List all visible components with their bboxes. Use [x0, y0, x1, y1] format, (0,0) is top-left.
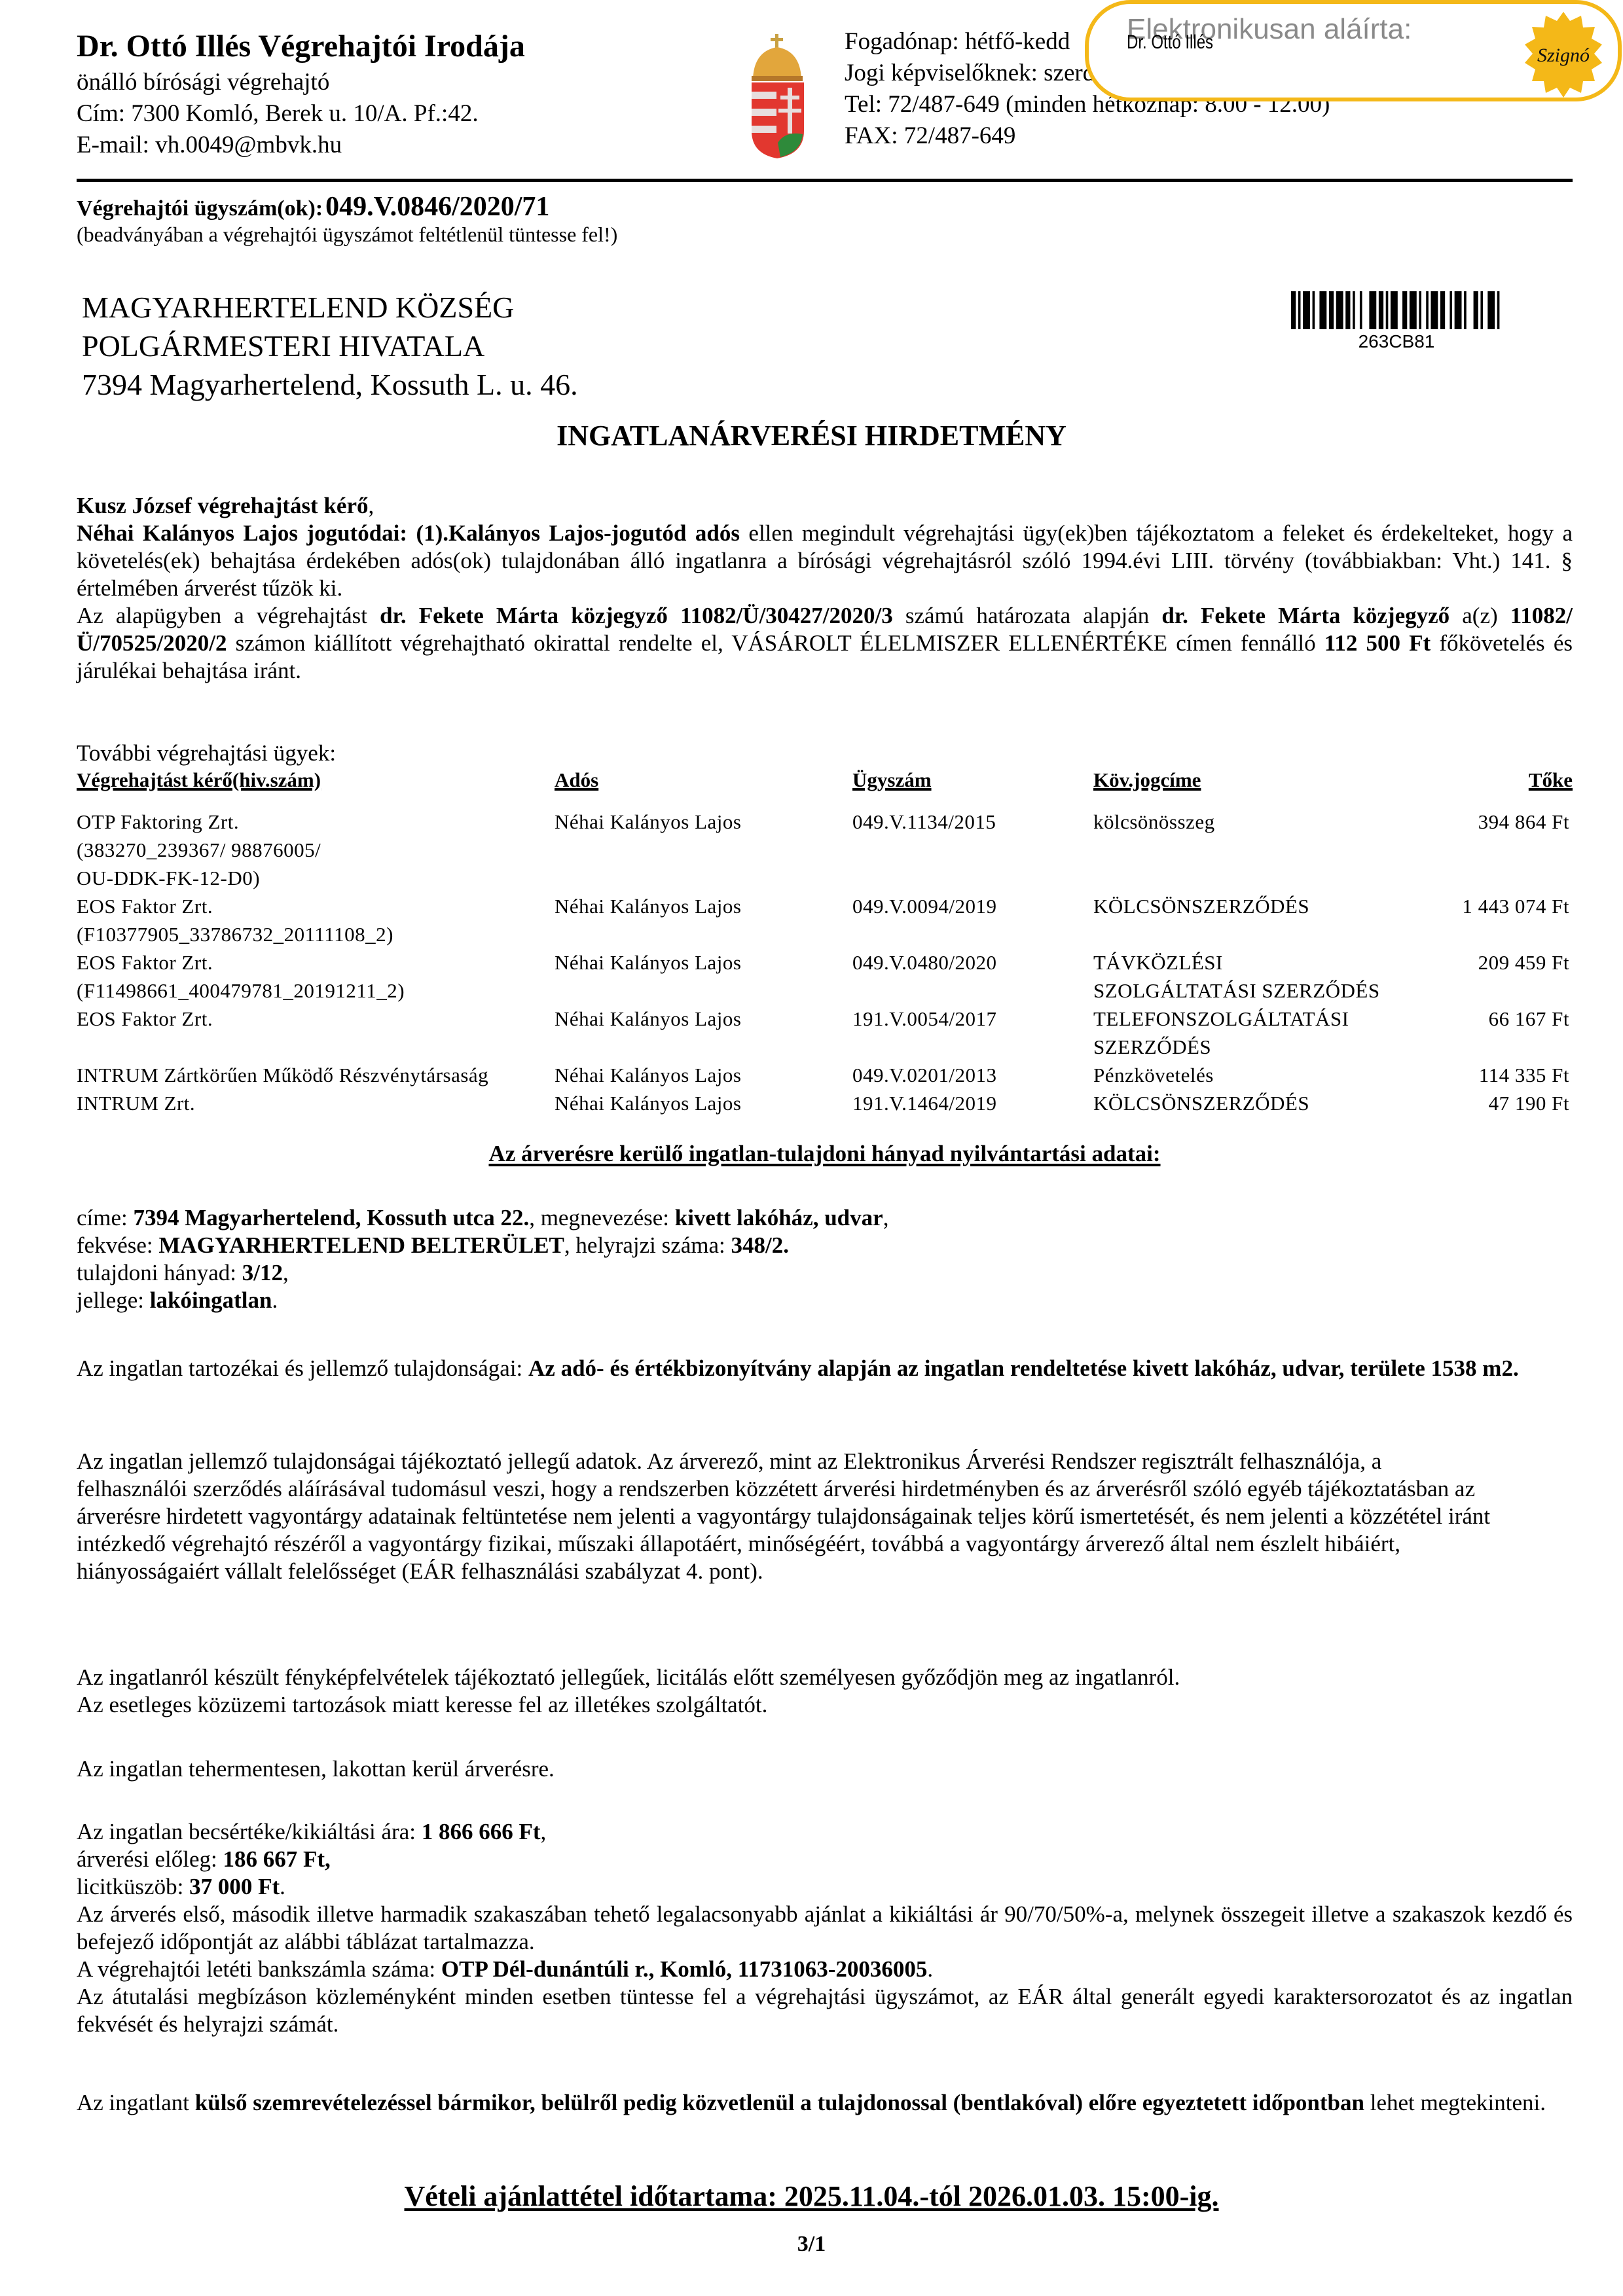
offer-period: Vételi ajánlattétel időtartama: 2025.11.… — [0, 2179, 1623, 2213]
photos-notice: Az ingatlanról készült fényképfelvételek… — [77, 1664, 1573, 1691]
auction-deposit: 186 667 Ft, — [223, 1846, 331, 1872]
header-divider — [77, 179, 1573, 182]
other-cases-caption: További végrehajtási ügyek: — [77, 740, 1573, 767]
intro-paragraph: Kusz József végrehajtást kérő, Néhai Kal… — [77, 492, 1573, 685]
encumbrance-status: Az ingatlan tehermentesen, lakottan kerü… — [77, 1755, 1573, 1783]
document-title: INGATLANÁRVERÉSI HIRDETMÉNY — [0, 419, 1623, 452]
bank-account: OTP Dél-dunántúli r., Komló, 11731063-20… — [441, 1956, 928, 1982]
table-row: INTRUM Zártkörűen Működő Részvénytársasá… — [77, 1061, 1573, 1089]
property-lot-number: 348/2. — [731, 1232, 789, 1258]
creditor-name: Kusz József végrehajtást kérő — [77, 493, 369, 518]
hungarian-coat-of-arms-icon — [746, 33, 809, 160]
property-features: Az ingatlan tartozékai és jellemző tulaj… — [77, 1355, 1573, 1382]
letterhead-left: Dr. Ottó Illés Végrehajtói Irodája önáll… — [77, 26, 525, 161]
addressee-line-2: POLGÁRMESTERI HIVATALA — [82, 327, 578, 365]
case-number-note: (beadványában a végrehajtói ügyszámot fe… — [77, 223, 617, 247]
table-row: EOS Faktor Zrt.Néhai Kalányos Lajos191.V… — [77, 1005, 1573, 1061]
barcode-text: 263CB81 — [1291, 331, 1502, 352]
addressee: MAGYARHERTELEND KÖZSÉG POLGÁRMESTERI HIV… — [82, 288, 578, 404]
property-location: MAGYARHERTELEND BELTERÜLET — [158, 1232, 564, 1258]
page-number: 3/1 — [0, 2232, 1623, 2257]
table-body: OTP Faktoring Zrt.(383270_239367/ 988760… — [77, 808, 1573, 1117]
table-header: Végrehajtást kérő(hiv.szám)AdósÜgyszámKö… — [77, 767, 1573, 793]
notary-decision: dr. Fekete Márta közjegyző 11082/Ü/30427… — [380, 603, 893, 628]
property-type: lakóingatlan — [150, 1287, 272, 1313]
table-row: EOS Faktor Zrt.(F10377905_33786732_20111… — [77, 892, 1573, 948]
case-number-value: 049.V.0846/2020/71 — [325, 192, 549, 222]
case-number: Végrehajtói ügyszám(ok): 049.V.0846/2020… — [77, 191, 549, 223]
column-header: Adós — [555, 767, 852, 793]
utilities-notice: Az esetleges közüzemi tartozások miatt k… — [77, 1691, 1573, 1719]
addressee-line-1: MAGYARHERTELEND KÖZSÉG — [82, 288, 578, 327]
debtor-name: Néhai Kalányos Lajos jogutódai: (1).Kalá… — [77, 520, 740, 546]
szigno-seal-icon: Szignó — [1521, 10, 1606, 99]
other-cases-table: Végrehajtást kérő(hiv.szám)AdósÜgyszámKö… — [77, 767, 1573, 1117]
office-address: Cím: 7300 Komló, Berek u. 10/A. Pf.:42. — [77, 98, 525, 130]
bid-increment: 37 000 Ft — [189, 1874, 280, 1899]
column-header: Ügyszám — [852, 767, 1093, 793]
column-header: Köv.jogcíme — [1093, 767, 1434, 793]
case-number-label: Végrehajtói ügyszám(ok): — [77, 196, 323, 221]
viewing-info: Az ingatlant külső szemrevételezéssel bá… — [77, 2089, 1573, 2117]
addressee-line-3: 7394 Magyarhertelend, Kossuth L. u. 46. — [82, 365, 578, 404]
principal-claim-amount: 112 500 Ft — [1324, 630, 1431, 656]
transfer-instructions: Az átutalási megbízáson közleményként mi… — [77, 1983, 1573, 2038]
pricing-section: Az ingatlan becsértéke/kikiáltási ára: 1… — [77, 1818, 1573, 2038]
column-header: Végrehajtást kérő(hiv.szám) — [77, 767, 555, 793]
electronic-signature-badge[interactable]: Elektronikusan aláírta: Dr. Ottó Illés S… — [1085, 0, 1622, 101]
office-fax: FAX: 72/487-649 — [845, 120, 1330, 152]
property-address: 7394 Magyarhertelend, Kossuth utca 22. — [134, 1205, 530, 1230]
svg-text:Szignó: Szignó — [1537, 45, 1590, 66]
table-row: EOS Faktor Zrt.(F11498661_400479781_2019… — [77, 948, 1573, 1005]
stages-info: Az árverés első, második illetve harmadi… — [77, 1901, 1573, 1956]
table-row: OTP Faktoring Zrt.(383270_239367/ 988760… — [77, 808, 1573, 892]
estimated-price: 1 866 666 Ft — [422, 1819, 541, 1844]
property-details: címe: 7394 Magyarhertelend, Kossuth utca… — [77, 1204, 1573, 1314]
signer-name: Dr. Ottó Illés — [1127, 31, 1213, 54]
office-role: önálló bírósági végrehajtó — [77, 67, 525, 98]
ownership-share: 3/12 — [242, 1260, 283, 1285]
office-name: Dr. Ottó Illés Végrehajtói Irodája — [77, 26, 525, 67]
property-heading: Az árverésre kerülő ingatlan-tulajdoni h… — [77, 1140, 1573, 1168]
barcode-icon — [1291, 291, 1502, 329]
disclaimer-paragraph: Az ingatlan jellemző tulajdonságai tájék… — [77, 1448, 1491, 1585]
property-name: kivett lakóház, udvar — [675, 1205, 883, 1230]
office-email: E-mail: vh.0049@mbvk.hu — [77, 130, 525, 161]
table-row: INTRUM Zrt.Néhai Kalányos Lajos191.V.146… — [77, 1089, 1573, 1117]
column-header: Tőke — [1529, 767, 1573, 793]
